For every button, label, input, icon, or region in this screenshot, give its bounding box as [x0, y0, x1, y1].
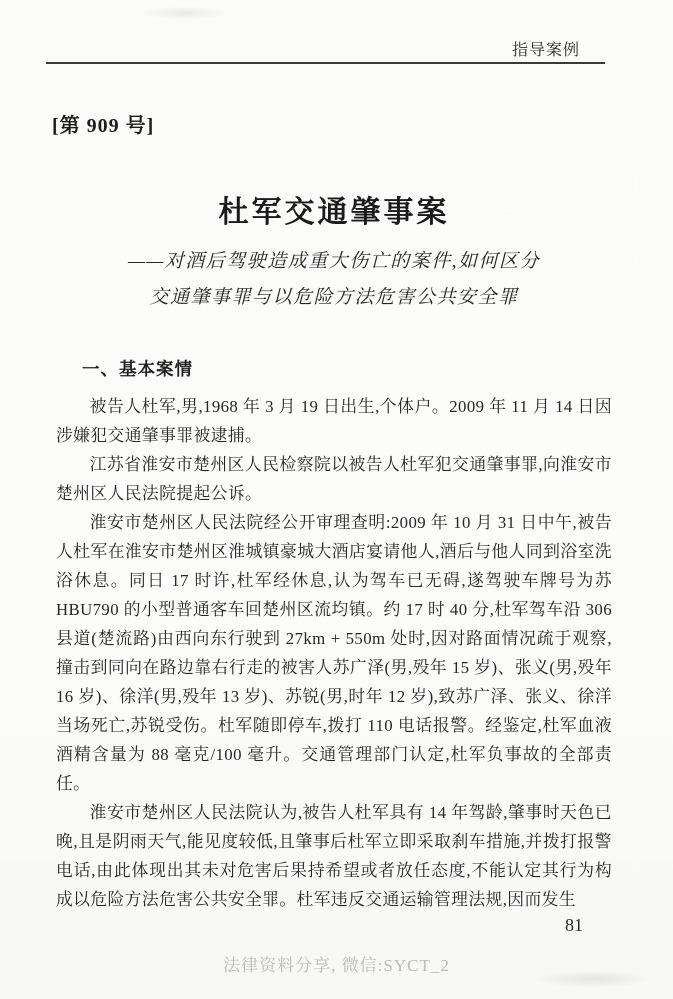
header-rule: [46, 62, 605, 64]
document-content: 杜军交通肇事案 ——对酒后驾驶造成重大伤亡的案件,如何区分 交通肇事罪与以危险方…: [56, 192, 612, 914]
paragraph-prosecution: 江苏省淮安市楚州区人民检察院以被告人杜军犯交通肇事罪,向淮安市楚州区人民法院提起…: [56, 450, 612, 508]
case-subtitle-line2: 交通肇事罪与以危险方法危害公共安全罪: [56, 280, 612, 316]
case-title: 杜军交通肇事案: [56, 192, 612, 234]
document-page: 指导案例 [第 909 号] 杜军交通肇事案 ——对酒后驾驶造成重大伤亡的案件,…: [0, 0, 673, 999]
paragraph-defendant-info: 被告人杜军,男,1968 年 3 月 19 日出生,个体户。2009 年 11 …: [56, 392, 612, 450]
case-number: [第 909 号]: [52, 109, 154, 138]
section-heading-basic-facts: 一、基本案情: [82, 356, 612, 381]
paragraph-court-findings: 淮安市楚州区人民法院经公开审理查明:2009 年 10 月 31 日中午,被告人…: [56, 508, 612, 798]
scan-artifact: [140, 6, 230, 20]
page-number: 81: [565, 915, 583, 936]
watermark-text: 法律资料分享, 微信:SYCT_2: [0, 951, 673, 976]
body-text: 被告人杜军,男,1968 年 3 月 19 日出生,个体户。2009 年 11 …: [56, 392, 612, 914]
paragraph-court-opinion: 淮安市楚州区人民法院认为,被告人杜军具有 14 年驾龄,肇事时天色已晚,且是阴雨…: [56, 798, 612, 914]
case-subtitle: ——对酒后驾驶造成重大伤亡的案件,如何区分 交通肇事罪与以危险方法危害公共安全罪: [56, 244, 612, 316]
case-subtitle-line1: ——对酒后驾驶造成重大伤亡的案件,如何区分: [56, 244, 612, 280]
running-header-label: 指导案例: [512, 37, 580, 60]
